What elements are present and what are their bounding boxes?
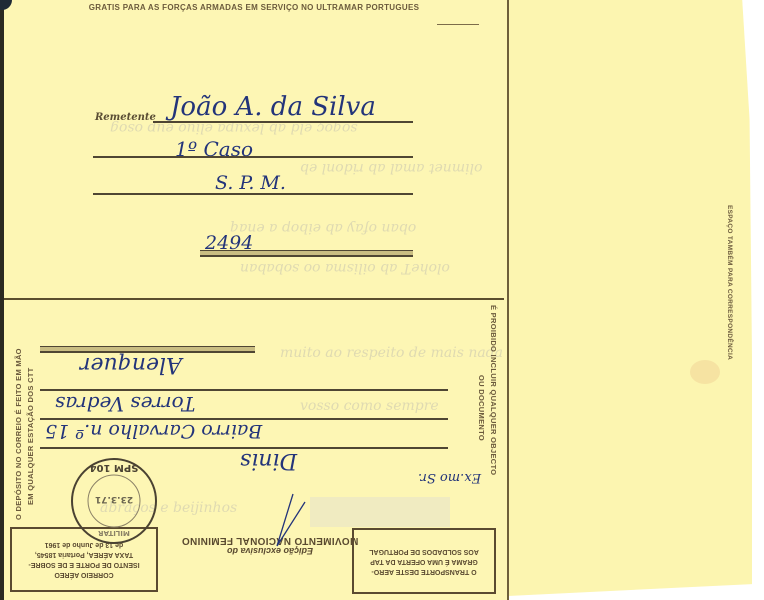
show-through-text: muito ao respeito de mais nada <box>280 345 503 361</box>
horizontal-fold-line <box>4 298 504 300</box>
postage-line: ISENTO DE PORTE E DE SOBRE- <box>28 560 139 570</box>
sender-line-1 <box>153 121 413 123</box>
transport-box: O TRANSPORTE DESTE AERO- GRAMA É UMA OFE… <box>352 528 496 594</box>
correspondence-panel <box>508 0 752 596</box>
sender-line-2 <box>93 156 413 158</box>
svg-text:SPM 104: SPM 104 <box>90 462 139 473</box>
show-through-text: vosso como sempre <box>300 398 439 414</box>
postage-line: CORREIO AÉREO <box>54 570 113 580</box>
vertical-fold-line <box>507 0 509 600</box>
recipient-line-town: Torres Vedras <box>55 392 195 416</box>
transport-line: O TRANSPORTE DESTE AERO- <box>371 566 476 576</box>
sender-name: João A. da Silva <box>170 92 376 122</box>
paper-stain <box>690 360 720 384</box>
transport-line: GRAMA É UMA OFERTA DA TAP <box>370 556 478 566</box>
prohibition-notice-line-1: É PROIBIDO INCLUIR QUALQUER OBJECTO <box>489 305 498 475</box>
recipient-line-street: Bairro Carvalho n.º 15 <box>45 420 262 442</box>
pen-stroke-mark <box>255 490 315 550</box>
scan-edge <box>0 0 4 600</box>
recipient-line-city: Alenquer <box>80 352 182 377</box>
show-through-text: oban ofay ab eibop a enaq <box>230 220 416 236</box>
deposit-notice-line-1: O DEPÓSITO NO CORREIO É FEITO EM MÃO <box>14 348 23 520</box>
scan-shadow <box>310 497 450 527</box>
svg-text:MILITAR: MILITAR <box>98 529 130 537</box>
recipient-salutation: Ex.mo Sr. <box>418 470 481 485</box>
deposit-notice-line-2: EM QUALQUER ESTAÇÃO DOS CTT <box>26 367 35 505</box>
free-postage-header: GRATIS PARA AS FORÇAS ARMADAS EM SERVIÇO… <box>0 3 508 12</box>
postmark-stamp-icon: SPM 104 MILITAR 23.3.71 <box>68 455 160 547</box>
aerogram-scan: soqoç eld ab lexupa eliuo eup osog olimn… <box>0 0 764 600</box>
prohibition-notice-line-2: OU DOCUMENTO <box>477 375 486 441</box>
show-through-text: olimnet amal ab ridonl eb <box>300 160 482 176</box>
correspondence-space-notice: ESPAÇO TAMBÉM PARA CORRESPONDÊNCIA <box>726 205 733 360</box>
header-rule <box>437 24 479 25</box>
svg-text:23.3.71: 23.3.71 <box>95 494 133 504</box>
show-through-text: oloheT ab oilisma oo sobaban <box>240 260 450 276</box>
postage-line: TAXA AÉREA, Portaria 18545, <box>35 550 133 560</box>
transport-line: AOS SOLDADOS DE PORTUGAL <box>369 546 479 556</box>
sender-label: Remetente <box>95 112 156 123</box>
sender-line-3 <box>93 193 413 195</box>
sender-line-4 <box>200 250 413 257</box>
recipient-line-name: Dinis <box>240 448 297 473</box>
sender-service: S. P. M. <box>215 172 286 194</box>
recipient-line-2 <box>40 389 448 391</box>
